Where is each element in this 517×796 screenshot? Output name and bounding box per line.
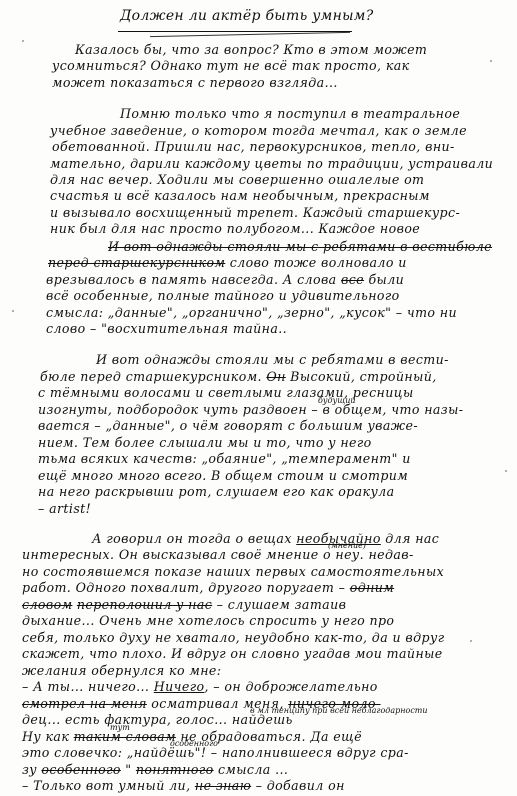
line-text: и вызывало восхищенный трепет. Каждый ст… [50,205,460,220]
line-text: смысла: „данные", „органично", „зерно", … [46,305,457,320]
line-text: дыхание... Очень мне хотелось спросить у… [22,613,394,628]
scan-speck [490,60,492,62]
manuscript-line: ник был для нас просто полубогом... Кажд… [50,223,420,236]
line-text: но состоявшемся показе наших первых само… [22,564,444,579]
underlined-text: Ничего [154,679,205,694]
manuscript-line: – А ты... ничего... Ничего, – он доброже… [22,681,378,694]
line-text: – А ты... ничего... [22,679,154,694]
scan-speck [22,40,24,42]
manuscript-line: себя, только духу не хватало, неудобно к… [22,632,444,645]
manuscript-line: мательно, дарили каждому цветы по традиц… [50,158,493,171]
line-text: учебное заведение, о котором тогда мечта… [50,123,467,138]
manuscript-line: – artist! [38,503,91,516]
line-text: Помню только что я поступил в театрально… [120,106,460,121]
struck-text: перед старшекурсником [48,255,225,270]
manuscript-line: слово – "восхитительная тайна.. [46,323,287,336]
line-text: , – он доброжелательно [204,679,377,694]
manuscript-line: и вызывало восхищенный трепет. Каждый ст… [50,207,460,220]
line-text: с тёмными волосами и светлыми глазами, р… [38,385,414,400]
manuscript-line: ещё много много всего. В общем стоим и с… [38,470,408,483]
line-text: мательно, дарили каждому цветы по традиц… [50,156,493,171]
struck-text: переполошил у нас [77,597,212,612]
manuscript-line: может показаться с первого взгляда... [52,77,338,90]
line-text: Ну как [22,729,74,744]
line-text: – добавил он [251,778,345,793]
line-text: – artist! [38,501,91,516]
marginal-insertion: тут [110,723,130,732]
line-text: были [364,272,404,287]
line-text: для нас [381,531,439,546]
manuscript-line: словом переполошил у нас – слушаем затаи… [22,599,346,612]
line-text: " [121,762,136,777]
manuscript-line: перед старшекурсником слово тоже волнова… [48,257,407,270]
marginal-insertion: в мл тенципу при всей неблагодарности [250,706,428,715]
line-text: всё особенные, полные тайного и удивител… [46,288,400,303]
manuscript-line: счастья и всё казалось нам необычным, пр… [50,190,430,203]
page-title: Должен ли актёр быть умным? [120,8,374,24]
manuscript-line: зу особенного " понятного смысла ... [22,764,288,777]
line-text: смысла ... [214,762,289,777]
manuscript-line: дыхание... Очень мне хотелось спросить у… [22,615,394,628]
manuscript-line: желания обернулся ко мне: [22,665,221,678]
manuscript-line: усомниться? Однако тут не всё так просто… [52,60,410,73]
struck-text: все [341,272,364,287]
line-text: бюле перед старшекурсником. [40,369,266,384]
line-text: врезывалось в память навсегда. А слова [46,272,341,287]
manuscript-line: И вот однажды стояли мы с ребятами в вес… [108,241,492,254]
scan-speck [470,640,472,642]
line-text: Высокий, стройный, [286,369,437,384]
manuscript-line: смысла: „данные", „органично", „зерно", … [46,307,457,320]
line-text: для нас вечер. Ходили мы совершенно ошал… [50,172,424,187]
marginal-insertion: (мнение) [328,541,366,550]
marginal-insertion: особенного [170,739,218,748]
line-text: ещё много много всего. В общем стоим и с… [38,468,408,483]
line-text: скажет, что плохо. И вдруг он словно уга… [22,646,443,661]
struck-text: не знаю [195,778,251,793]
line-text: вается – „данные", о чём говорят с больш… [38,418,418,433]
manuscript-line: тьма всяких качеств: „обаяние", „темпера… [38,453,411,466]
manuscript-line: – Только вот умный ли, не знаю – добавил… [22,780,345,793]
line-text: – Только вот умный ли, [22,778,195,793]
struck-text: словом [22,597,72,612]
line-text: Казалось бы, что за вопрос? Кто в этом м… [75,42,427,57]
line-text: усомниться? Однако тут не всё так просто… [52,58,410,73]
line-text: изогнуты, подбородок чуть раздвоен – в о… [38,402,463,417]
struck-text: И вот однажды стояли мы с ребятами в вес… [108,239,492,254]
manuscript-line: на него раскрывши рот, слушаем его как о… [38,486,395,499]
line-text: интересных. Он высказывал своё [22,547,266,562]
line-text: тьма всяких качеств: „обаяние", „темпера… [38,451,411,466]
manuscript-line: И вот однажды стояли мы с ребятами в вес… [96,354,449,367]
manuscript-page: Должен ли актёр быть умным? Казалось бы,… [0,0,517,796]
line-text: слово – "восхитительная тайна.. [46,321,287,336]
manuscript-line: нием. Тем более слышали мы и то, что у н… [38,437,372,450]
line-text: ник был для нас просто полубогом... Кажд… [50,221,420,236]
manuscript-line: с тёмными волосами и светлыми глазами, р… [38,387,414,400]
manuscript-line: обетованной. Пришли нас, первокурсников,… [52,141,455,154]
manuscript-line: изогнуты, подбородок чуть раздвоен – в о… [38,404,463,417]
title-underline-secondary [150,32,350,37]
manuscript-line: А говорил он тогда о вещах необычайно дл… [92,533,439,546]
line-text: нием. Тем более слышали мы и то, что у н… [38,435,372,450]
manuscript-line: Казалось бы, что за вопрос? Кто в этом м… [75,44,427,57]
line-text: А говорил он тогда о вещах [92,531,296,546]
line-text: слово тоже волновало и [225,255,406,270]
struck-text: смотрел на меня [22,696,147,711]
line-text: счастья и всё казалось нам необычным, пр… [50,188,430,203]
marginal-insertion: будущий [318,396,356,405]
line-text: обетованной. Пришли нас, первокурсников,… [52,139,455,154]
line-text: себя, только духу не хватало, неудобно к… [22,630,444,645]
manuscript-line: интересных. Он высказывал своё мнение о … [22,549,414,562]
manuscript-line: учебное заведение, о котором тогда мечта… [50,125,467,138]
manuscript-line: скажет, что плохо. И вдруг он словно уга… [22,648,443,661]
struck-text: особенного [41,762,120,777]
manuscript-line: вается – „данные", о чём говорят с больш… [38,420,418,433]
struck-text: одним [350,580,394,595]
line-text: желания обернулся ко мне: [22,663,221,678]
line-text: работ. Одного похвалит, другого поругает… [22,580,350,595]
manuscript-line: работ. Одного похвалит, другого поругает… [22,582,394,595]
line-text: – слушаем затаив [212,597,346,612]
manuscript-line: Помню только что я поступил в театрально… [120,108,460,121]
manuscript-line: это словечко: „найдёшь"! – наполнившееся… [22,747,409,760]
struck-text: Он [266,369,285,384]
manuscript-line: бюле перед старшекурсником. Он Высокий, … [40,371,437,384]
line-text: И вот однажды стояли мы с ребятами в вес… [96,352,449,367]
line-text: зу [22,762,41,777]
scan-speck [505,470,507,472]
manuscript-line: для нас вечер. Ходили мы совершенно ошал… [50,174,424,187]
manuscript-line: всё особенные, полные тайного и удивител… [46,290,400,303]
manuscript-line: врезывалось в память навсегда. А слова в… [46,274,404,287]
line-text: на него раскрывши рот, слушаем его как о… [38,484,395,499]
scan-speck [12,310,14,312]
manuscript-line: дец... есть фактура, голос... найдешь [22,714,293,727]
line-text: может показаться с первого взгляда... [52,75,338,90]
manuscript-line: но состоявшемся показе наших первых само… [22,566,444,579]
struck-text: понятного [136,762,214,777]
